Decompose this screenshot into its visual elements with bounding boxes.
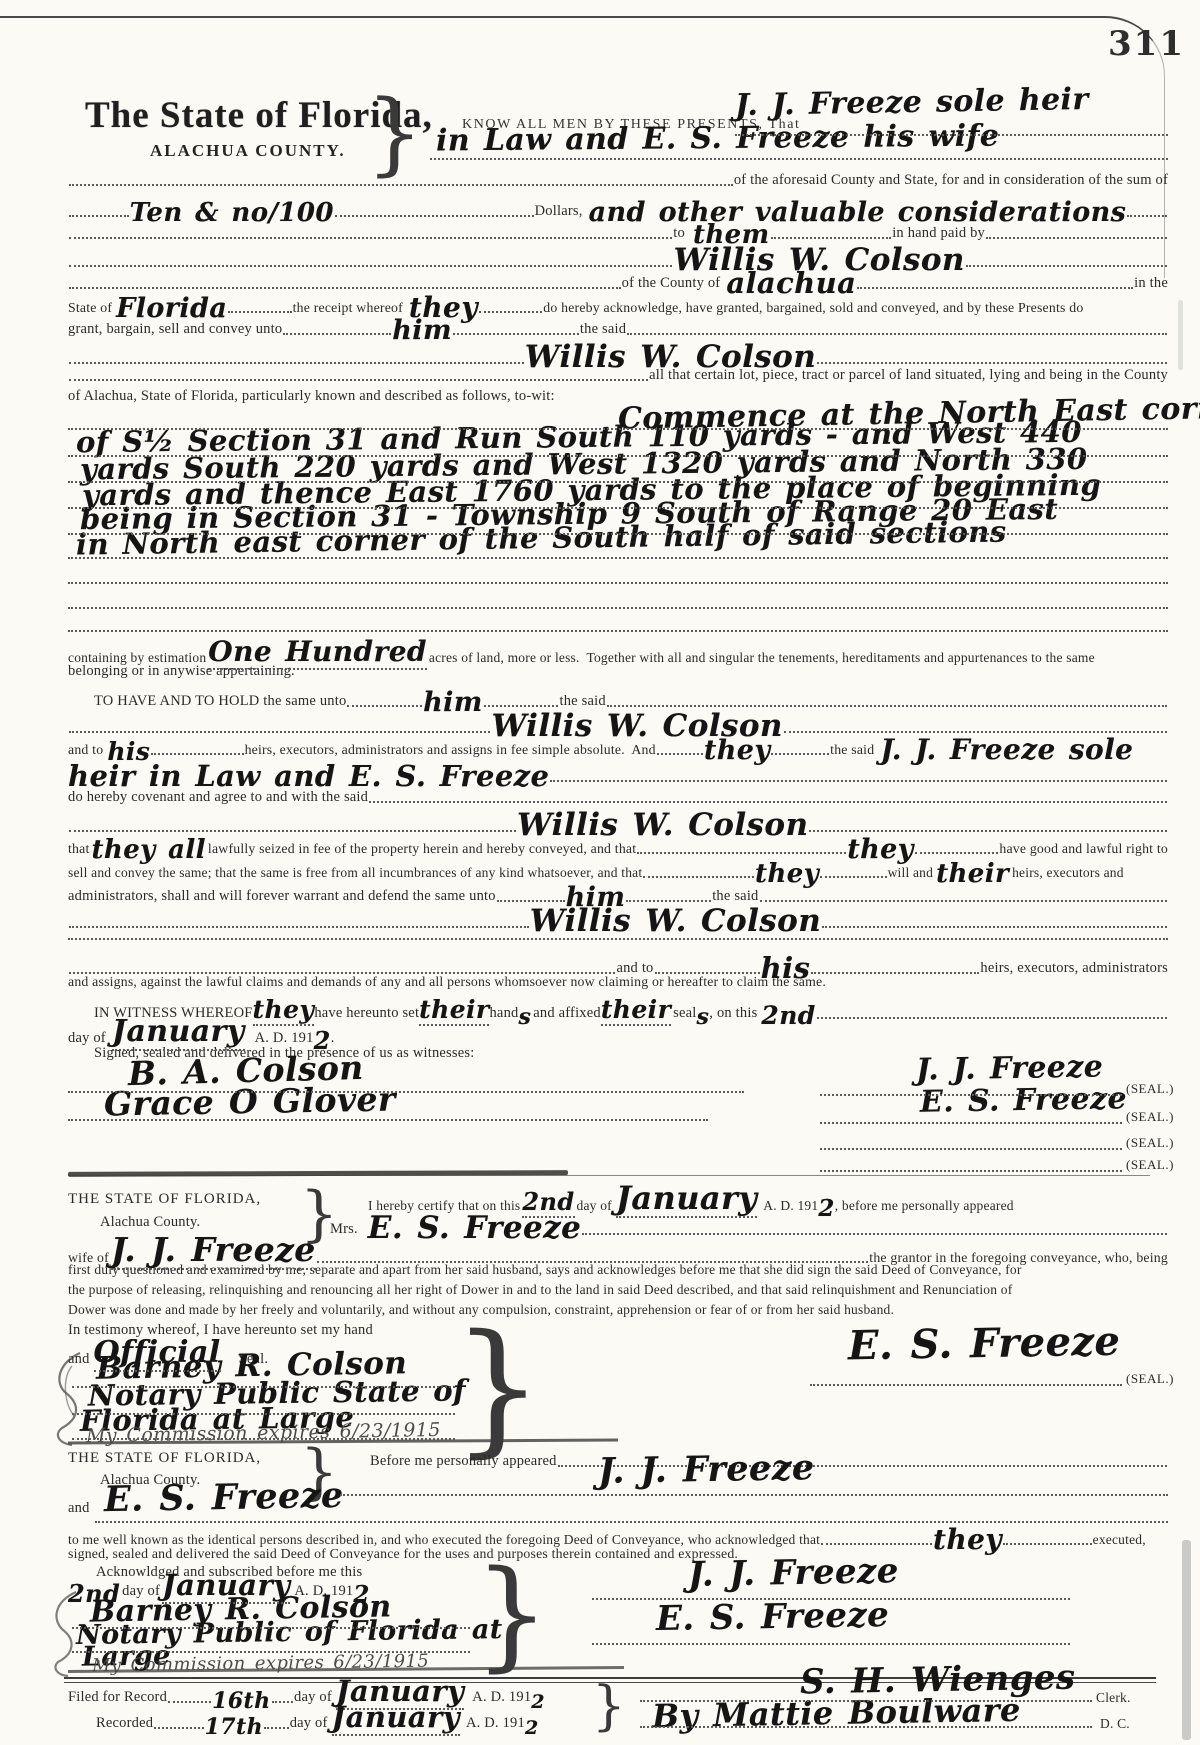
line-consideration: Ten & no/100Dollars,and other valuable c…: [68, 195, 1168, 222]
notary2-and-name: E. S. Freeze: [104, 1478, 344, 1517]
dotted-fill: [369, 801, 1167, 803]
printed-text: Before me personally appeared: [370, 1453, 557, 1472]
handwritten-text: they: [704, 737, 771, 764]
dotted-fill: [915, 852, 999, 854]
rule: [810, 1384, 1122, 1386]
deputy-clerk-label: D. C.: [1100, 1716, 1130, 1732]
rule: [820, 1094, 1122, 1096]
handwritten-text: their: [601, 997, 671, 1026]
dotted-fill: [453, 333, 579, 335]
handwritten-text: they all: [92, 837, 206, 863]
rule: [68, 507, 1168, 509]
notary1-county-heading: Alachua County.: [100, 1214, 200, 1231]
handwritten-text: 2nd: [761, 1003, 815, 1028]
handwritten-text: their: [419, 997, 489, 1026]
witness-signature-2: Grace O Glover: [104, 1082, 396, 1120]
rule: [735, 134, 1168, 136]
line-county-of: of the County ofalachuain the: [68, 268, 1168, 294]
filed-record-line: Filed for Record16thday ofJanuaryA. D. 1…: [68, 1681, 588, 1708]
handwritten-text: January: [332, 1703, 460, 1736]
handwritten-text: their: [936, 861, 1009, 887]
handwritten-text: E. S. Freeze: [368, 1213, 581, 1244]
dotted-fill: [69, 379, 648, 381]
handwritten-text: 2: [314, 1029, 331, 1053]
rule: [820, 1170, 1122, 1172]
rule: [95, 1521, 1168, 1523]
printed-text: day of: [294, 1689, 332, 1708]
rule: [72, 1413, 455, 1415]
handwritten-text: J. J. Freeze sole: [880, 736, 1133, 764]
line-sell-convey: sell and convey the same; that the same …: [68, 856, 1168, 883]
handwritten-text: they: [933, 1526, 1002, 1554]
notary2-appeared-name: J. J. Freeze: [598, 1450, 815, 1489]
grantor-hw-line2: in Law and E. S. Freeze his wife: [436, 122, 999, 157]
handwritten-text: s: [697, 1006, 710, 1028]
dotted-fill: [1127, 215, 1167, 217]
printed-text: of the aforesaid County and State, for a…: [734, 172, 1168, 191]
dotted-fill: [69, 237, 672, 239]
handwritten-text: January: [162, 1571, 290, 1604]
rule: [68, 1119, 708, 1121]
handwritten-text: 16th: [212, 1690, 270, 1712]
printed-text: A. D. 191: [472, 1689, 531, 1708]
handwritten-text: Official: [94, 1338, 221, 1372]
dotted-fill: [771, 753, 829, 755]
rule: [68, 481, 1168, 483]
handwritten-text: they: [847, 836, 914, 863]
rule: [72, 1627, 470, 1629]
notary1-wife-signature: E. S. Freeze: [848, 1322, 1121, 1367]
handwritten-text: and other valuable considerations: [589, 199, 1127, 226]
rule: [68, 533, 1168, 535]
dotted-fill: [627, 333, 1167, 335]
line-grantee-name-5: Willis W. Colson: [68, 902, 1168, 933]
handwritten-text: Willis W. Colson: [525, 342, 816, 373]
grantor-signature-1: J. J. Freeze: [916, 1052, 1104, 1085]
printed-text: and: [68, 1351, 90, 1370]
dotted-fill: [657, 753, 703, 755]
rule: [68, 1091, 744, 1093]
line-assigns-claims: and assigns, against the lawful claims a…: [68, 974, 1168, 992]
handwritten-text: Ten & no/100: [130, 200, 334, 226]
grantor-hw-line1: J. J. Freeze sole heir: [735, 85, 1089, 121]
rule: [640, 1726, 1092, 1728]
dotted-fill: [272, 1701, 294, 1703]
handwritten-text: J. J. Freeze: [111, 1233, 316, 1270]
line-grant-bargain: grant, bargain, sell and convey untohimt…: [68, 316, 1168, 340]
notary1-commission-line: My Commission expires 6/23/1915: [86, 1421, 441, 1446]
dotted-fill: [817, 362, 1167, 364]
handwritten-text: 2: [531, 1693, 545, 1712]
dotted-fill: [283, 333, 391, 335]
dotted-fill: [1003, 1543, 1092, 1545]
handwritten-text: heir in Law and E. S. Freeze: [68, 762, 549, 791]
dotted-fill: [154, 1727, 203, 1729]
handwritten-text: they: [253, 997, 315, 1026]
dotted-fill: [637, 852, 846, 854]
printed-text: Recorded: [96, 1715, 153, 1734]
notary2-state-heading: THE STATE OF FLORIDA,: [68, 1450, 261, 1467]
dotted-fill: [264, 1727, 289, 1729]
notary2-and-label: and: [68, 1500, 90, 1517]
dotted-fill: [986, 237, 1167, 239]
dotted-fill: [857, 287, 1133, 289]
dotted-fill: [69, 184, 733, 186]
handwritten-text: 2: [818, 1197, 834, 1220]
rule: [68, 582, 1168, 584]
printed-text: of Alachua, State of Florida, particular…: [68, 388, 555, 407]
handwritten-text: alachua: [726, 269, 856, 298]
seal-label-4: (SEAL.): [1126, 1157, 1174, 1173]
handwritten-text: Willis W. Colson: [530, 906, 821, 937]
handwritten-text: s: [518, 1006, 531, 1028]
recorded-line: Recorded17thday ofJanuaryA. D. 1912: [96, 1707, 588, 1734]
printed-text: and assigns, against the lawful claims a…: [68, 974, 826, 992]
line-aforesaid: of the aforesaid County and State, for a…: [68, 171, 1168, 191]
seal-label-5: (SEAL.): [1126, 1371, 1174, 1387]
handwritten-text: January: [112, 1017, 245, 1051]
dotted-fill: [550, 780, 1167, 782]
dotted-fill: [821, 1543, 932, 1545]
seal-label-1: (SEAL.): [1126, 1081, 1174, 1097]
handwritten-text: him: [392, 317, 452, 344]
rule: [592, 1643, 1070, 1645]
notary2-uses-line: signed, sealed and delivered the said De…: [68, 1546, 738, 1562]
clerk-label: Clerk.: [1096, 1690, 1131, 1706]
dotted-fill: [69, 265, 672, 267]
rule: [68, 607, 1168, 609]
printed-text: , on this: [709, 1005, 757, 1024]
dotted-fill: [479, 311, 542, 313]
rule: [592, 1598, 1070, 1600]
rule: [820, 1148, 1122, 1150]
printed-text: seal: [673, 1005, 696, 1024]
notary2-grantor-signature-1: J. J. Freeze: [688, 1554, 899, 1592]
handwritten-text: Florida: [116, 295, 227, 322]
handwritten-text: 2nd: [68, 1582, 120, 1606]
dotted-fill: [817, 1017, 1167, 1019]
notary2-grantor-signature-2: E. S. Freeze: [656, 1598, 890, 1636]
dotted-fill: [168, 1701, 211, 1703]
rule: [340, 1494, 1168, 1496]
rule: [72, 1651, 470, 1653]
handwritten-text: One Hundred: [208, 638, 427, 670]
line-grantee-name-2: Willis W. Colson: [68, 338, 1168, 369]
handwritten-text: 17th: [205, 1716, 263, 1738]
dotted-fill: [335, 215, 534, 217]
dotted-fill: [69, 362, 524, 364]
rule: [68, 630, 1168, 632]
grantor-signature-2: E. S. Freeze: [920, 1084, 1127, 1118]
handwritten-text: they: [755, 861, 819, 887]
filed-brace: }: [592, 1686, 626, 1728]
notary2-commission-line: My Commission expires 6/23/1915: [92, 1653, 429, 1676]
seal-label-2: (SEAL.): [1126, 1109, 1174, 1125]
printed-text: Filed for Record: [68, 1689, 167, 1708]
handwritten-text: January: [616, 1182, 757, 1218]
dotted-fill: [771, 237, 892, 239]
handwritten-text: his: [761, 954, 811, 983]
handwritten-text: Willis W. Colson: [517, 810, 808, 841]
notary1-para-2: the purpose of releasing, relinquishing …: [68, 1282, 1012, 1298]
rule: [820, 1122, 1122, 1124]
dotted-fill: [966, 265, 1167, 267]
notary1-state-heading: THE STATE OF FLORIDA,: [68, 1191, 261, 1208]
printed-text: executed,: [1093, 1532, 1146, 1550]
dotted-fill: [151, 753, 243, 755]
printed-text: A. D. 191: [466, 1715, 525, 1734]
rule: [68, 428, 1168, 430]
dotted-fill: [822, 926, 1167, 928]
rule: [68, 557, 1168, 559]
rule: [72, 1386, 455, 1388]
deed-content: J. J. Freeze sole heirin Law and E. S. F…: [0, 0, 1200, 1745]
handwritten-text: 2: [525, 1719, 539, 1738]
dotted-fill: [69, 287, 621, 289]
dotted-fill: [69, 215, 129, 217]
printed-text: day of: [290, 1715, 328, 1734]
dotted-fill: [643, 876, 754, 878]
dotted-fill: [820, 876, 886, 878]
seal-label-3: (SEAL.): [1126, 1135, 1174, 1151]
dotted-fill: [228, 311, 291, 313]
rule: [640, 1700, 1092, 1702]
rule: [430, 158, 1168, 160]
handwritten-text: 2: [353, 1583, 369, 1606]
dotted-fill: [69, 926, 529, 928]
line-state-receipt: State ofFloridathe receipt whereoftheydo…: [68, 292, 1168, 318]
rule: [68, 455, 1168, 457]
dotted-fill: [582, 1233, 1167, 1235]
handwritten-text: him: [423, 689, 483, 716]
deed-record-page: 311 The State of Florida, ALACHUA COUNTY…: [0, 0, 1200, 1745]
rule: [72, 1438, 455, 1440]
